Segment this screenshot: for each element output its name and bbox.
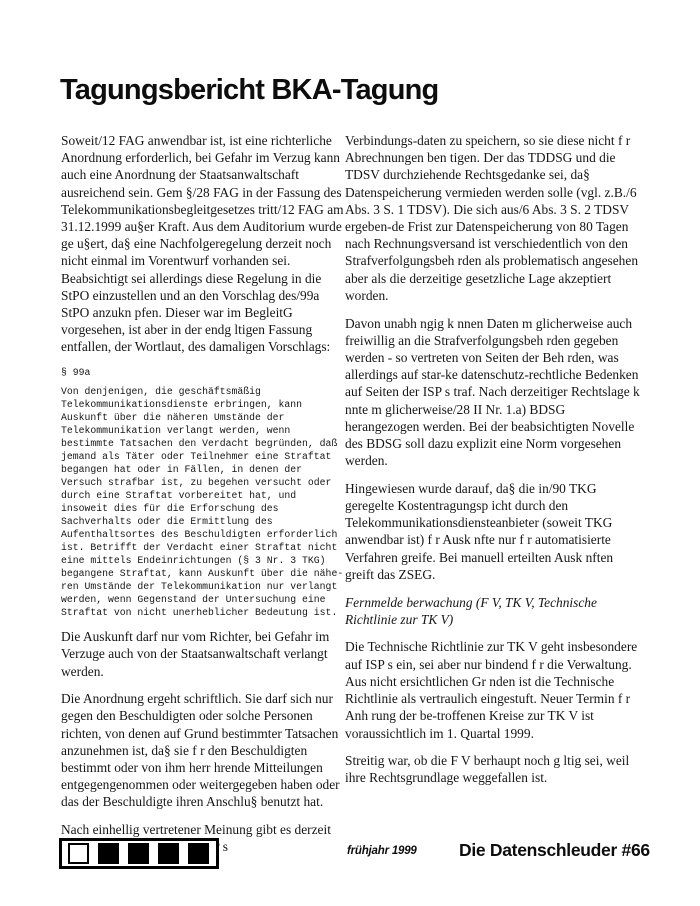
- paragraph: Die Auskunft darf nur vom Richter, bei G…: [61, 628, 345, 680]
- filled-square: [98, 843, 119, 864]
- page-indicator-squares: [59, 838, 219, 869]
- law-quote-body: Von denjenigen, die geschäftsmäßig Telek…: [61, 385, 345, 619]
- filled-square: [158, 843, 179, 864]
- left-column: Soweit/12 FAG anwendbar ist, ist eine ri…: [61, 132, 345, 866]
- section-heading: Fernmelde berwachung (F V, TK V, Technis…: [345, 594, 641, 628]
- right-column: Verbindungs-daten zu speichern, so sie d…: [345, 132, 641, 797]
- paragraph: Soweit/12 FAG anwendbar ist, ist eine ri…: [61, 132, 345, 356]
- law-quote-heading: § 99a: [61, 366, 345, 379]
- footer-publication-title: Die Datenschleuder #66: [459, 840, 650, 861]
- document-page: { "title": "Tagungsbericht BKA-Tagung", …: [0, 0, 700, 906]
- paragraph: Verbindungs-daten zu speichern, so sie d…: [345, 132, 641, 304]
- paragraph: Davon unabh ngig k nnen Daten m glicherw…: [345, 315, 641, 470]
- paragraph: Die Technische Richtlinie zur TK V geht …: [345, 638, 641, 741]
- filled-square: [128, 843, 149, 864]
- paragraph: Die Anordnung ergeht schriftlich. Sie da…: [61, 690, 345, 810]
- paragraph: Streitig war, ob die F V berhaupt noch g…: [345, 752, 641, 786]
- page-title: Tagungsbericht BKA-Tagung: [60, 74, 438, 107]
- paragraph: Hingewiesen wurde darauf, da§ die in/90 …: [345, 480, 641, 583]
- footer-issue-date: frühjahr 1999: [347, 845, 417, 857]
- filled-square: [188, 843, 209, 864]
- outline-square: [68, 843, 89, 864]
